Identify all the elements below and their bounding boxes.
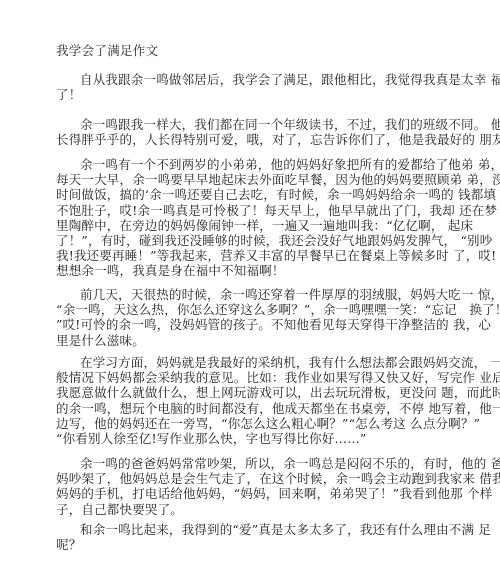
paragraph-line: 我愿意做什么就做什么，想上网玩游戏可以，出去玩玩滑板，更没问 题，而此时: [56, 385, 448, 400]
paragraph-line: “你看别人徐至亿!写作业那么快，字也写得比你好……”: [56, 431, 448, 446]
paragraph-line: 每天一大早，余一鸣要早早地起床去外面吃早餐，因为他的妈妈要照顾弟 弟，没: [56, 172, 448, 187]
paragraph-line: 时间做饭，搞的‘余一鸣还要自己去吃，有时候，余一鸣妈妈给余一鸣的 钱都填: [56, 187, 448, 202]
document-title: 我学会了满足作文: [56, 43, 158, 59]
paragraph-line: 余一鸣的爸爸妈妈常常吵架，所以，余一鸣总是闷闷不乐的，有时，他的 爸: [56, 456, 448, 471]
paragraph-line: 里是什么滋味。: [56, 333, 448, 348]
paragraph-line: 想想余一鸣，我真是身在福中不知福啊！: [56, 263, 448, 278]
paragraph-6: 余一鸣的爸爸妈妈常常吵架，所以，余一鸣总是闷闷不乐的，有时，他的 爸 妈吵架了，…: [56, 456, 448, 517]
paragraph-3: 余一鸣有一个不到两岁的小弟弟，他的妈妈好象把所有的爱都给了他弟 弟， 每天一大早…: [56, 157, 448, 279]
paragraph-line: 自从我跟余一鸣做邻居后，我学会了满足，跟他相比，我觉得我真是太幸 福: [56, 72, 448, 87]
paragraph-line: 不饱肚子，哎!余一鸣真是可怜极了！每天早上，他早早就出了门，我却 还在梦: [56, 203, 448, 218]
paragraph-line: 了！: [56, 87, 448, 102]
paragraph-line: 长得胖乎乎的，人长得特别可爱，哦，对了，忘告诉你们了，他是我最好的 朋友。: [56, 132, 448, 147]
paragraph-line: 子，自己都快要哭了。: [56, 502, 448, 517]
paragraph-line: 边写，他的妈妈还在一旁骂，“你怎么这么粗心啊？”“怎么考这 么点分啊？”: [56, 416, 448, 431]
paragraph-line: ”哎!可怜的余一鸣，没妈妈管的孩子。不知他看见每天穿得干净整洁的 我，心: [56, 317, 448, 332]
paragraph-line: 了！”，有时，碰到我还没睡够的时候，我还会没好气地跟妈妈发脾气， “别吵: [56, 233, 448, 248]
paragraph-line: 余一鸣有一个不到两岁的小弟弟，他的妈妈好象把所有的爱都给了他弟 弟，: [56, 157, 448, 172]
paragraph-line: 妈吵架了，他妈妈总是会生气走了，在这个时候，余一鸣会主动跑到我家来 借我: [56, 471, 448, 486]
paragraph-5: 在学习方面，妈妈就是我最好的采纳机，我有什么想法都会跟妈妈交流， 一 般情况下妈…: [56, 355, 448, 446]
paragraph-line: 呢？: [56, 537, 448, 552]
paragraph-line: 的余一鸣，想玩个电脑的时间都没有，他成天都坐在书桌旁，不停 地写着，他一: [56, 401, 448, 416]
paragraph-1: 自从我跟余一鸣做邻居后，我学会了满足，跟他相比，我觉得我真是太幸 福 了！: [56, 72, 448, 102]
paragraph-line: 我!我还要再睡！”等我起来，营养又丰富的早餐早已在餐桌上等候多时 了，哎!: [56, 248, 448, 263]
paragraph-2: 余一鸣跟我一样大，我们都在同一个年级读书，不过，我们的班级不同。 他 长得胖乎乎…: [56, 117, 448, 147]
paragraph-line: 般情况下妈妈都会采纳我的意见。比如：我作业如果写得又快又好，写完作 业后，: [56, 370, 448, 385]
paragraph-line: 妈妈的手机，打电话给他妈妈，“妈妈，回来啊，弟弟哭了！”我看到他那 个样: [56, 486, 448, 501]
paragraph-line: “余一鸣，天这么热，你怎么还穿这么多啊？”，余一鸣嘿嘿一笑：“忘记 换了！: [56, 302, 448, 317]
paragraph-line: 前几天，天很热的时候，余一鸣还穿着一件厚厚的羽绒服，妈妈大吃一 惊，: [56, 287, 448, 302]
paragraph-7: 和余一鸣比起来，我得到的“爱”真是太多太多了，我还有什么理由不满 足 呢？: [56, 522, 448, 552]
paragraph-4: 前几天，天很热的时候，余一鸣还穿着一件厚厚的羽绒服，妈妈大吃一 惊， “余一鸣，…: [56, 287, 448, 348]
paragraph-line: 余一鸣跟我一样大，我们都在同一个年级读书，不过，我们的班级不同。 他: [56, 117, 448, 132]
paragraph-line: 在学习方面，妈妈就是我最好的采纳机，我有什么想法都会跟妈妈交流， 一: [56, 355, 448, 370]
paragraph-line: 里陶醉中，在旁边的妈妈像闹钟一样，一遍又一遍地叫我：“亿亿啊， 起床: [56, 218, 448, 233]
paragraph-line: 和余一鸣比起来，我得到的“爱”真是太多太多了，我还有什么理由不满 足: [56, 522, 448, 537]
